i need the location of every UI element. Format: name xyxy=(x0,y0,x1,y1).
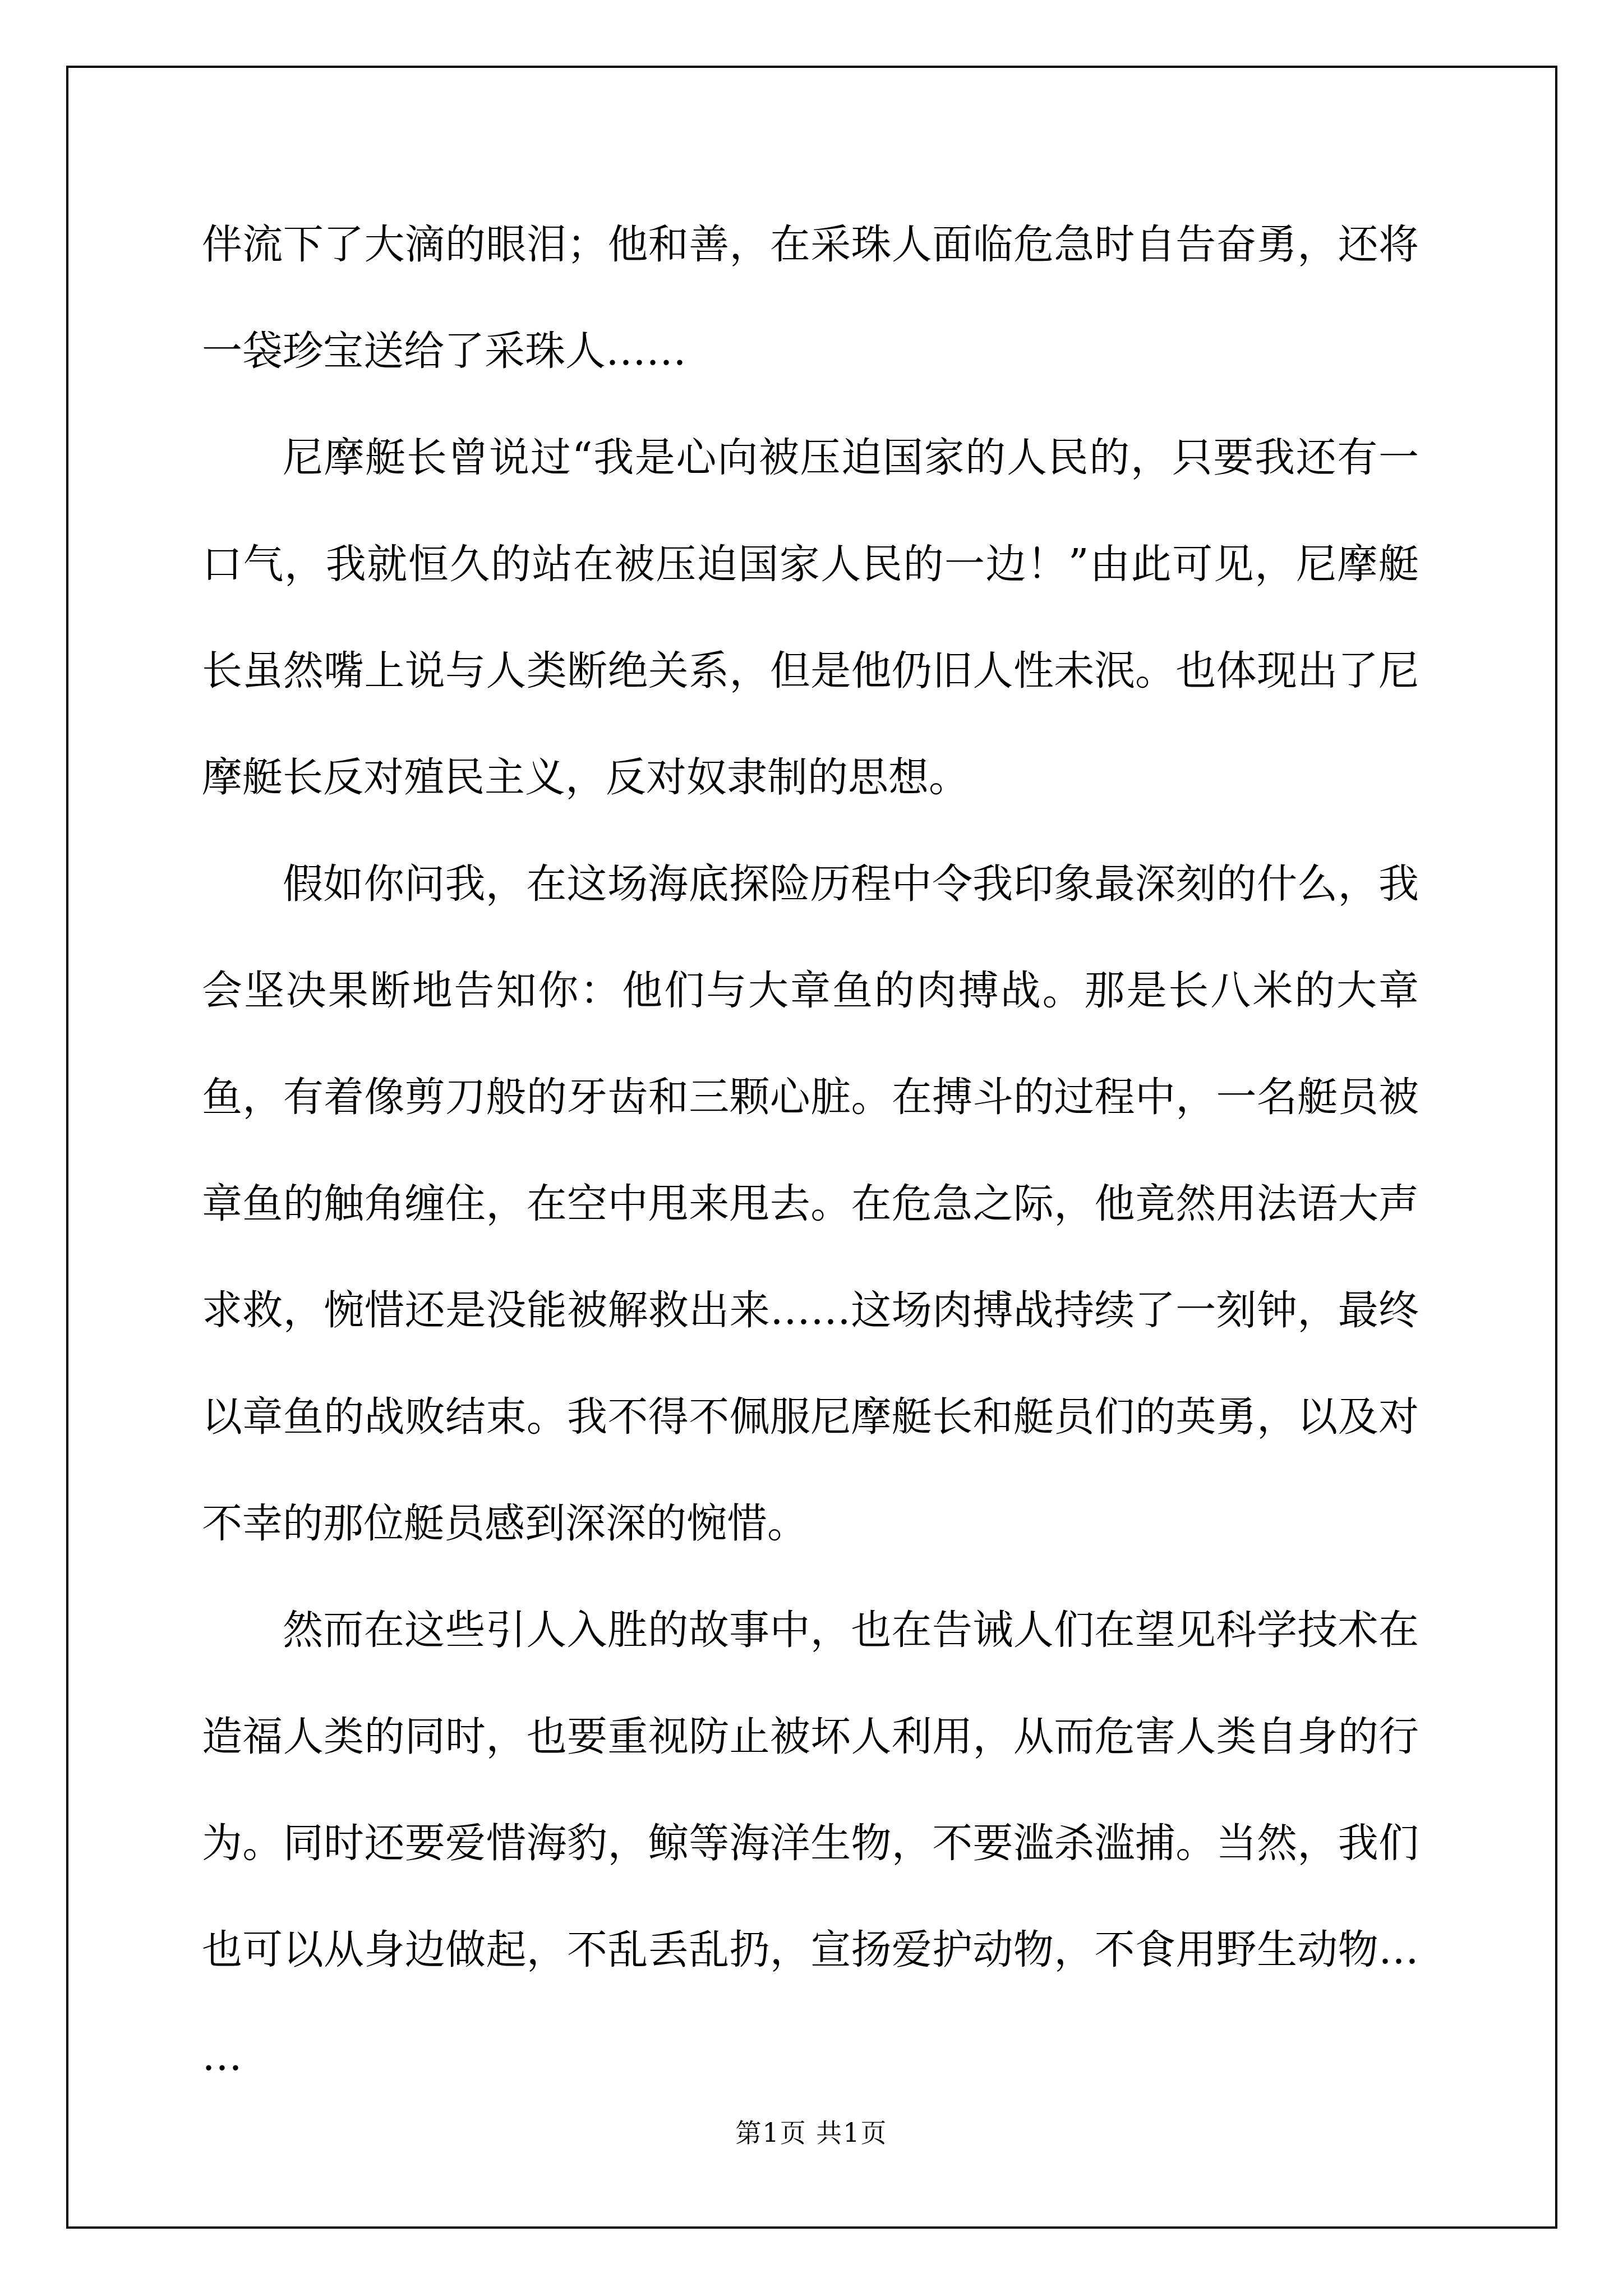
paragraph: 假如你问我，在这场海底探险历程中令我印象最深刻的什么，我会坚决果断地告知你：他们… xyxy=(202,830,1419,1576)
document-page: 伴流下了大滴的眼泪；他和善，在采珠人面临危急时自告奋勇，还将一袋珍宝送给了采珠人… xyxy=(0,0,1623,2296)
paragraph: 伴流下了大滴的眼泪；他和善，在采珠人面临危急时自告奋勇，还将一袋珍宝送给了采珠人… xyxy=(202,191,1419,404)
page-number-label: 第1页 共1页 xyxy=(735,2118,887,2148)
paragraph: 尼摩艇长曾说过“我是心向被压迫国家的人民的，只要我还有一口气，我就恒久的站在被压… xyxy=(202,404,1419,830)
paragraph: 然而在这些引人入胜的故事中，也在告诫人们在望见科学技术在造福人类的同时，也要重视… xyxy=(202,1576,1419,2109)
document-body-text: 伴流下了大滴的眼泪；他和善，在采珠人面临危急时自告奋勇，还将一袋珍宝送给了采珠人… xyxy=(202,191,1419,2109)
page-footer: 第1页 共1页 xyxy=(0,2116,1623,2150)
